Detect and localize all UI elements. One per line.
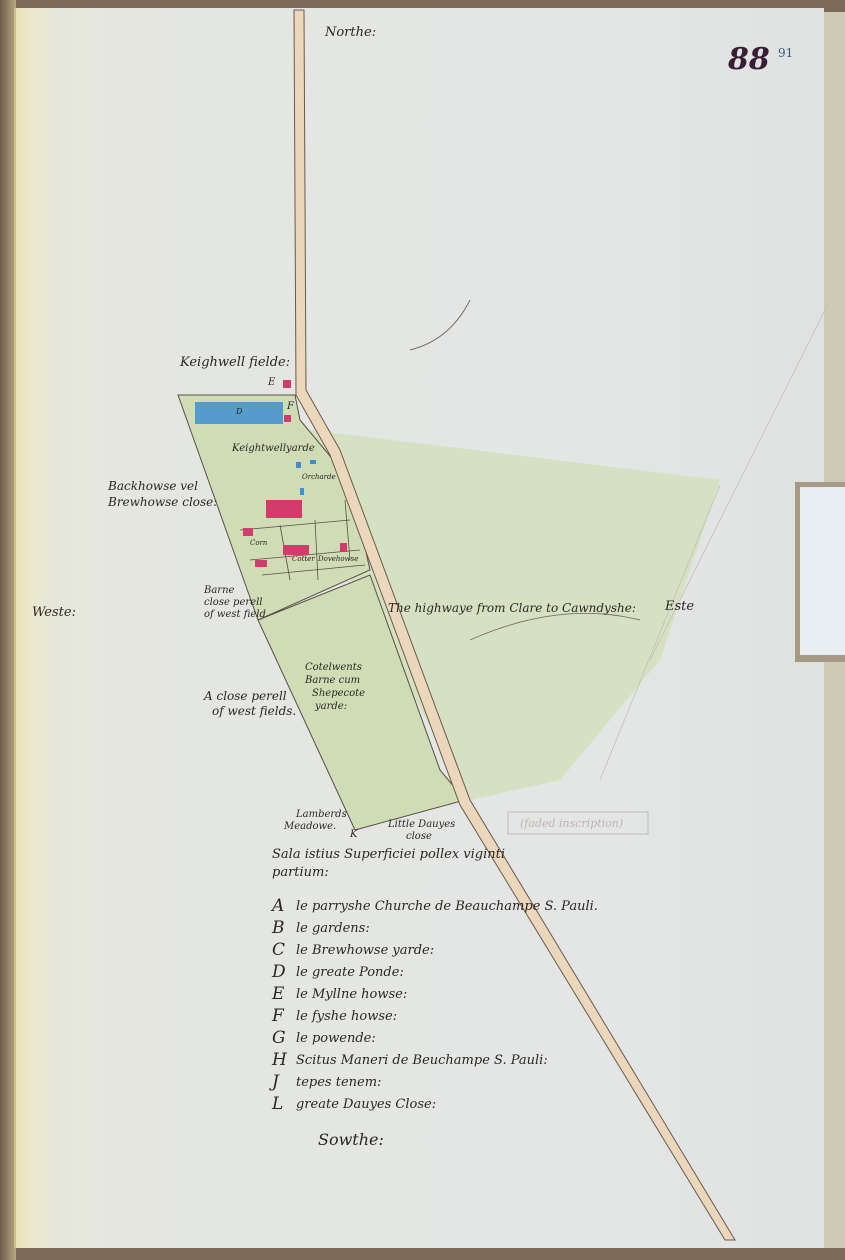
label-backhowse-close-1: Backhowse vel [108, 480, 198, 492]
map-legend: Sala istius Superficiei pollex viginti p… [272, 846, 598, 1115]
legend-item: Ble gardens: [272, 917, 598, 939]
label-little-dauyes-close-1: Little Dauyes [388, 820, 455, 830]
legend-title-1: Sala istius Superficiei pollex viginti [272, 846, 598, 864]
label-barne-close-1: Barne [204, 586, 234, 596]
fish-house-icon [284, 415, 291, 422]
legend-item: Cle Brewhowse yarde: [272, 939, 598, 961]
label-cornlande: Corn [250, 540, 267, 547]
label-dovehowse-close: Dovehowse [318, 556, 358, 563]
label-little-dauyes-close-2: close [406, 832, 432, 842]
pencil-folio-number: 91 [778, 46, 793, 60]
compass-east: Este [665, 600, 694, 613]
marker-k: K [350, 830, 357, 840]
folio-number: 88 [728, 42, 770, 77]
legend-item: Lgreate Dauyes Close: [272, 1093, 598, 1115]
legend-item: Ele Myllne howse: [272, 983, 598, 1005]
label-lamberds-meadowe-1: Lamberds [296, 810, 347, 820]
building-icon [255, 560, 267, 567]
legend-item: Ale parryshe Churche de Beauchampe S. Pa… [272, 895, 598, 917]
compass-west: Weste: [32, 606, 76, 619]
label-cotelwents-4: yarde: [315, 702, 347, 712]
marker-e: E [268, 378, 275, 388]
label-orcharde: Orcharde [302, 474, 336, 481]
pond-marker-d: D [236, 408, 242, 416]
legend-item: Fle fyshe howse: [272, 1005, 598, 1027]
label-cotelwents-2: Barne cum [305, 676, 360, 686]
building-icon [243, 528, 253, 536]
legend-item: HScitus Maneri de Beuchampe S. Pauli: [272, 1049, 598, 1071]
label-highway: The highwaye from Clare to Cawndyshe: [388, 602, 636, 614]
label-keightwellyarde: Keightwellyarde [232, 444, 315, 454]
dovehouse-icon [340, 543, 347, 552]
legend-title-2: partium: [272, 864, 598, 882]
compass-south: Sowthe: [318, 1132, 384, 1148]
label-cotelwents-3: Shepecote [312, 689, 365, 699]
label-keighwell-fielde: Keighwell fielde: [180, 356, 290, 369]
manor-house-icon [266, 500, 302, 518]
label-lamberds-meadowe-2: Meadowe. [284, 822, 336, 832]
legend-item: Gle powende: [272, 1027, 598, 1049]
legend-item: Dle greate Ponde: [272, 961, 598, 983]
mill-house-icon [283, 380, 291, 388]
legend-item: Jtepes tenem: [272, 1071, 598, 1093]
label-backhowse-close-2: Brewhowse close: [108, 496, 217, 508]
faded-cartouche-text: (faded inscription) [520, 817, 623, 830]
label-close-west-fields-2: of west fields. [212, 705, 296, 717]
compass-north: Northe: [325, 26, 376, 39]
marker-f: F [287, 402, 294, 412]
label-cotelwents-1: Cotelwents [305, 663, 362, 673]
label-barne-close-3: of west field [204, 610, 266, 620]
label-close-west-fields-1: A close perell [204, 690, 287, 702]
building-icon [283, 545, 309, 555]
label-barne-close-2: close perell [204, 598, 262, 608]
label-cotter-corte: Cotter [292, 556, 315, 563]
